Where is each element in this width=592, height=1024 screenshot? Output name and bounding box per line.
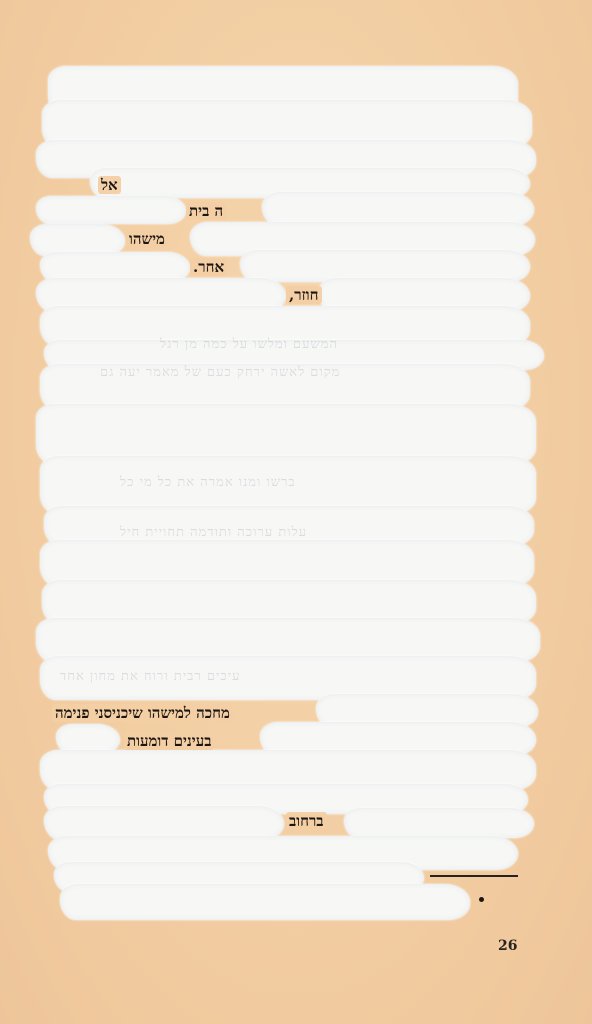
ghost-text-line: ברשו ומנו אמרה את כל מי כל — [120, 474, 296, 490]
visible-word: מישהו — [126, 230, 168, 248]
paint-stroke — [262, 192, 534, 226]
bullet-dot — [479, 897, 484, 902]
paint-stroke — [44, 806, 284, 840]
ghost-text-line: מקום לאשה ירחק כעם של מאמר יעה גם — [100, 364, 340, 380]
book-page: המשעם ומלשו על כמה מן רגל מקום לאשה ירחק… — [0, 0, 592, 1024]
visible-word: ברחוב — [286, 812, 327, 830]
ghost-text-line: עלות ערוכה ותודמה תחויית חיל — [120, 524, 307, 540]
visible-word: אחר. — [190, 258, 227, 276]
visible-word: חוזר, — [286, 286, 322, 304]
visible-word: ה בית — [186, 202, 226, 220]
paint-stroke — [60, 884, 470, 920]
paint-stroke — [36, 196, 186, 224]
ghost-text-line: עיכים רבית ורוח את מחון אחד — [60, 668, 241, 684]
page-number: 26 — [498, 938, 517, 954]
paint-stroke — [344, 808, 534, 838]
ghost-text-line: המשעם ומלשו על כמה מן רגל — [160, 336, 338, 352]
paint-stroke — [36, 404, 536, 464]
footnote-rule — [430, 875, 518, 877]
visible-word: אל — [98, 176, 121, 194]
visible-word: בעינים דומעות — [124, 732, 214, 750]
visible-word: מחכה למישהו שיכניסני פנימה — [52, 704, 233, 722]
